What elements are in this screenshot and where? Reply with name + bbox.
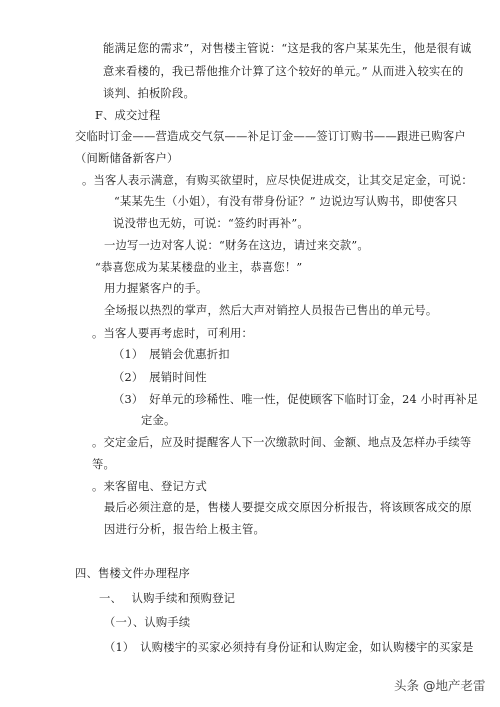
text-line: 能满足您的需求”，对售楼主管说：“这是我的客户某某先生，他是很有诚 <box>103 42 471 56</box>
text-line: “某某先生（小姐），有没有带身份证？” 边说边写认购书，即使客只 <box>114 195 458 209</box>
text-line: 全场报以热烈的掌声，然后大声对销控人员报告已售出的单元号。 <box>104 304 437 318</box>
text-line: 谈判、拍板阶段。 <box>103 87 195 101</box>
text-line: （1） 展销会优惠折扣 <box>113 348 230 362</box>
text-line: 意来看楼的，我已帮他推介计算了这个较好的单元。” 从而进入较实在的 <box>103 65 464 79</box>
text-line: （间断储备新客户） <box>75 152 178 166</box>
text-line: 。当客人表示满意，有购买欲望时，应尽快促进成交，让其交足定金，可说： <box>82 174 473 188</box>
text-line: 因进行分析，报告给上极主管。 <box>104 523 265 537</box>
text-line: （一）、认购手续 <box>104 616 190 630</box>
text-line: 一、 认购手续和预购登记 <box>99 592 235 606</box>
watermark: 头条 @地产老雷 <box>394 676 485 694</box>
text-line: 四、售楼文件办理程序 <box>75 567 190 581</box>
text-line: 交临时订金——营造成交气氛——补足订金——签订订购书——跟进已购客户 <box>75 130 466 144</box>
text-line: 定金。 <box>141 414 176 428</box>
text-line: 。交定金后，应及时提醒客人下一次缴款时间、金额、地点及怎样办手续等 <box>92 436 471 450</box>
text-line: 。当客人要再考虑时，可利用： <box>92 327 253 341</box>
text-line: 用力握紧客户的手。 <box>104 282 207 296</box>
text-line: 一边写一边对客人说：“财务在这边，请过来交款”。 <box>104 239 369 253</box>
text-line: 最后必须注意的是，售楼人要提交成交原因分析报告，将该顾客成交的原 <box>104 501 472 515</box>
text-line: 说没带也无妨，可说：“签约时再补”。 <box>113 217 309 231</box>
text-line: （3） 好单元的珍稀性、唯一性，促使顾客下临时订金，24 小时再补足 <box>113 393 478 407</box>
text-line: F、成交过程 <box>95 109 161 123</box>
text-line: （2） 展销时间性 <box>113 371 207 385</box>
text-line: 等。 <box>92 458 115 472</box>
text-line: “恭喜您成为某某楼盘的业主，恭喜您！” <box>95 261 302 275</box>
text-line: 。来客留电、登记方式 <box>92 480 207 494</box>
text-line: （1） 认购楼宇的买家必须持有身份证和认购定金，如认购楼宇的买家是 <box>104 641 474 655</box>
